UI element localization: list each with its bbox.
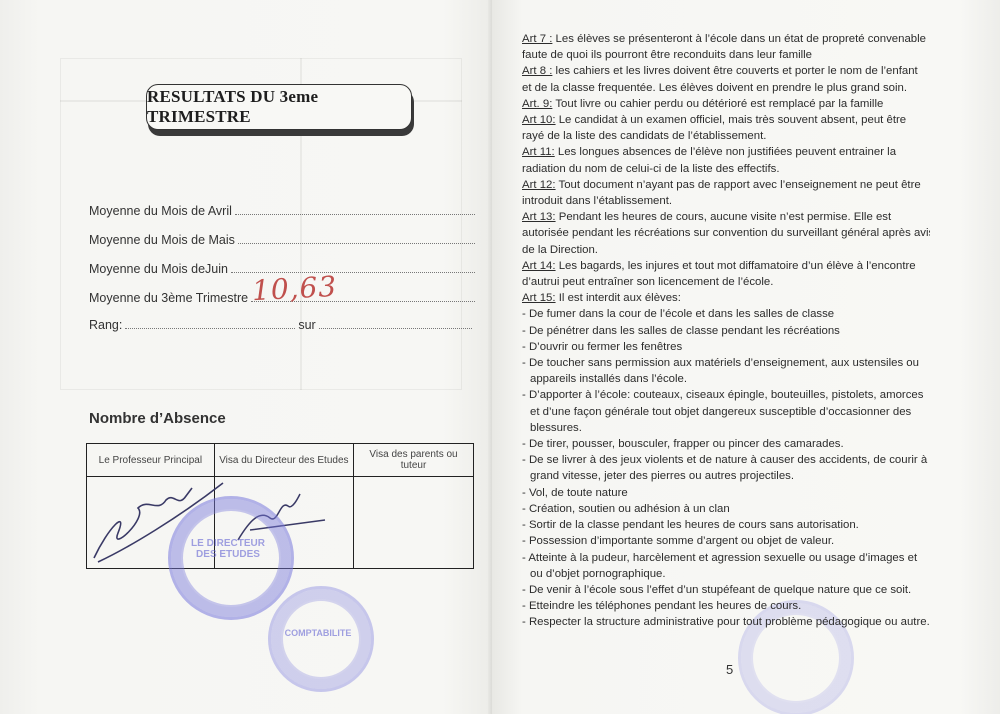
rule-line: radiation du nom de celui-ci de la liste… <box>522 161 930 177</box>
prohibition-line: - Vol, de toute nature <box>522 485 930 501</box>
left-page: RESULTATS DU 3eme TRIMESTRE Moyenne du M… <box>0 0 492 714</box>
prohibition-line: - De se livrer à des jeux violents et de… <box>522 452 930 468</box>
rule-line: faute de quoi ils pourront être recondui… <box>522 47 930 63</box>
rank-sur-label: sur <box>298 318 315 332</box>
rule-line: d’autrui peut entraîner son licencement … <box>522 274 930 290</box>
rule-line: rayé de la liste des candidats de l’étab… <box>522 128 930 144</box>
prohibition-line: - Sortir de la classe pendant les heures… <box>522 517 930 533</box>
stamp-line-1: LE DIRECTEUR <box>188 538 268 549</box>
header-principal-teacher: Le Professeur Principal <box>87 444 215 477</box>
prohibition-line: - De toucher sans permission aux matérie… <box>522 355 930 371</box>
rule-line: Art 15: Il est interdit aux élèves: <box>522 290 930 306</box>
article-label: Art 11: <box>522 146 555 158</box>
prohibition-line: - De fumer dans la cour de l’école et da… <box>522 306 930 322</box>
prohibition-line: - Création, soutien ou adhésion à un cla… <box>522 501 930 517</box>
rank-total-field <box>319 318 472 329</box>
prohibition-line: - D’apporter à l’école: couteaux, ciseau… <box>522 387 930 403</box>
average-trimester-label: Moyenne du 3ème Trimestre <box>89 291 248 305</box>
prohibition-line: et d’une façon générale tout objet dange… <box>522 404 930 420</box>
average-april-label: Moyenne du Mois de Avril <box>89 204 232 218</box>
prohibition-line: appareils installés dans l’école. <box>522 371 930 387</box>
prohibition-line: - De venir à l’école sous l’effet d’un s… <box>522 582 930 598</box>
article-text: Pendant les heures de cours, aucune visi… <box>556 211 892 223</box>
rule-line: et de la classe frequentée. Les élèves d… <box>522 80 930 96</box>
prohibition-line: grand vitesse, jeter des pierres ou autr… <box>522 468 930 484</box>
parent-signature-cell <box>354 477 474 569</box>
article-text: Le candidat à un examen officiel, mais t… <box>556 114 907 126</box>
average-may-label: Moyenne du Mois de Mais <box>89 233 235 247</box>
header-director-visa: Visa du Directeur des Etudes <box>214 444 353 477</box>
prohibition-line: - D’ouvrir ou fermer les fenêtres <box>522 339 930 355</box>
rule-line: Art 7 : Les élèves se présenteront à l’é… <box>522 31 930 47</box>
article-text: Les bagards, les injures et tout mot dif… <box>556 260 916 272</box>
rule-line: Art. 9: Tout livre ou cahier perdu ou dé… <box>522 96 930 112</box>
section-title-box: RESULTATS DU 3eme TRIMESTRE <box>146 84 412 130</box>
article-text: Tout livre ou cahier perdu ou détérioré … <box>552 98 883 110</box>
rank-label: Rang: <box>89 318 122 332</box>
article-label: Art 13: <box>522 211 556 223</box>
rule-line: Art 8 : les cahiers et les livres doiven… <box>522 63 930 79</box>
rule-line: Art 13: Pendant les heures de cours, auc… <box>522 209 930 225</box>
rank-row: Rang: sur <box>89 318 475 332</box>
prohibition-line: - De tirer, pousser, bousculer, frapper … <box>522 436 930 452</box>
absence-heading: Nombre d’Absence <box>89 410 226 427</box>
prohibition-line: - Etteindre les téléphones pendant les h… <box>522 598 930 614</box>
article-text: Il est interdit aux élèves: <box>556 292 681 304</box>
page-number: 5 <box>726 662 733 677</box>
prohibition-line: - Atteinte à la pudeur, harcèlement et a… <box>522 550 930 566</box>
trimester-average-handwritten-value: 10,63 <box>251 270 338 307</box>
article-text: les cahiers et les livres doivent être c… <box>552 65 917 77</box>
average-june-label: Moyenne du Mois deJuin <box>89 262 228 276</box>
article-text: Tout document n’ayant pas de rapport ave… <box>556 179 921 191</box>
section-title: RESULTATS DU 3eme TRIMESTRE <box>147 87 411 127</box>
accounting-stamp <box>268 586 374 692</box>
rank-field <box>125 318 295 329</box>
article-label: Art 7 : <box>522 33 552 45</box>
rule-line: Art 12: Tout document n’ayant pas de rap… <box>522 177 930 193</box>
average-april-row: Moyenne du Mois de Avril <box>89 204 475 218</box>
article-label: Art 10: <box>522 114 556 126</box>
average-may-row: Moyenne du Mois de Mais <box>89 233 475 247</box>
rule-line: autorisée pendant les récréations sur co… <box>522 225 930 241</box>
article-label: Art. 9: <box>522 98 552 110</box>
director-stamp-text: LE DIRECTEUR DES ETUDES <box>188 538 268 560</box>
rule-line: Art 11: Les longues absences de l’élève … <box>522 144 930 160</box>
rule-line: Art 14: Les bagards, les injures et tout… <box>522 258 930 274</box>
stamp-line-2: DES ETUDES <box>188 549 268 560</box>
article-text: Les élèves se présenteront à l’école dan… <box>552 33 926 45</box>
article-label: Art 14: <box>522 260 556 272</box>
accounting-stamp-text: COMPTABILITE <box>278 628 358 638</box>
school-rules-list: Art 7 : Les élèves se présenteront à l’é… <box>522 31 930 631</box>
prohibition-line: - Possession d’importante somme d’argent… <box>522 533 930 549</box>
article-label: Art 12: <box>522 179 556 191</box>
rule-line: Art 10: Le candidat à un examen officiel… <box>522 112 930 128</box>
prohibition-line: - De pénétrer dans les salles de classe … <box>522 323 930 339</box>
prohibition-line: ou d’objet pornographique. <box>522 566 930 582</box>
average-april-field <box>235 204 475 215</box>
average-may-field <box>238 233 475 244</box>
prohibition-line: blessures. <box>522 420 930 436</box>
rule-line: introduit dans l’établissement. <box>522 193 930 209</box>
header-parent-visa: Visa des parents ou tuteur <box>354 444 474 477</box>
article-label: Art 15: <box>522 292 556 304</box>
article-text: Les longues absences de l’élève non just… <box>555 146 896 158</box>
rule-line: de la Direction. <box>522 242 930 258</box>
average-june-field <box>231 262 475 273</box>
prohibition-line: - Respecter la structure administrative … <box>522 614 930 630</box>
article-label: Art 8 : <box>522 65 552 77</box>
